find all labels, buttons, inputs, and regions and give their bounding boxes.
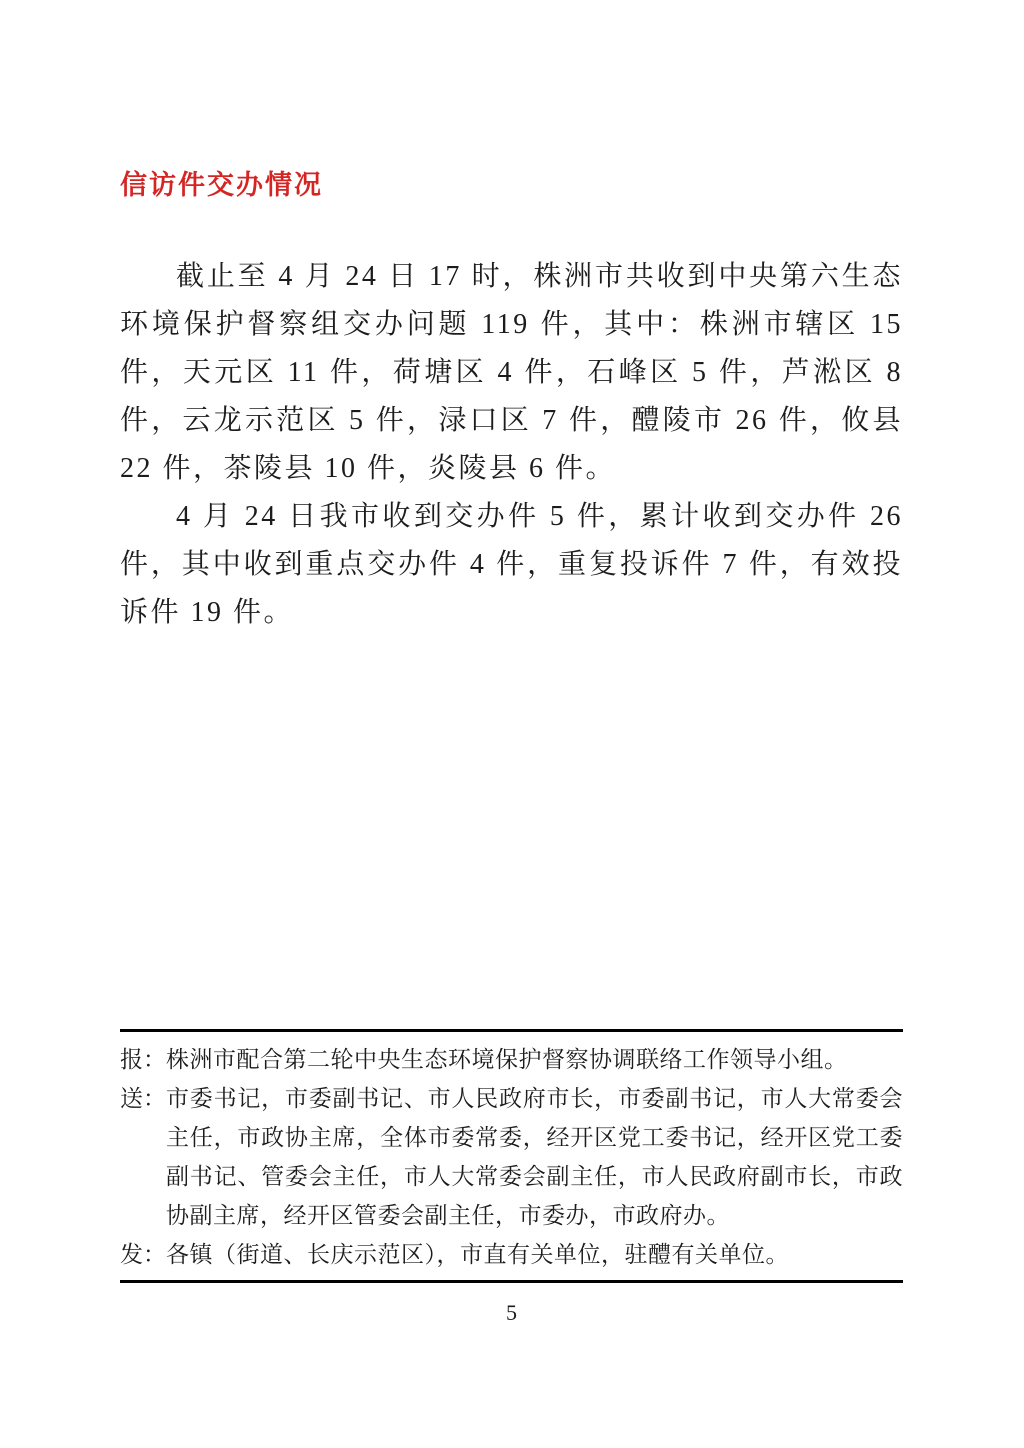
body-text-block: 截止至 4 月 24 日 17 时，株洲市共收到中央第六生态环境保护督察组交办问… (120, 253, 903, 637)
distribution-list: 报： 株洲市配合第二轮中央生态环境保护督察协调联络工作领导小组。 送： 市委书记… (120, 1032, 903, 1280)
body-paragraph: 截止至 4 月 24 日 17 时，株洲市共收到中央第六生态环境保护督察组交办问… (120, 253, 903, 493)
footer-bottom-rule (120, 1280, 903, 1283)
section-heading: 信访件交办情况 (120, 163, 323, 202)
distribution-row-send: 送： 市委书记，市委副书记、市人民政府市长，市委副书记，市人大常委会主任，市政协… (120, 1079, 903, 1235)
distribution-text: 各镇（街道、长庆示范区），市直有关单位，驻醴有关单位。 (166, 1235, 903, 1274)
distribution-text: 市委书记，市委副书记、市人民政府市长，市委副书记，市人大常委会主任，市政协主席，… (166, 1079, 903, 1235)
distribution-footer: 报： 株洲市配合第二轮中央生态环境保护督察协调联络工作领导小组。 送： 市委书记… (120, 1029, 903, 1283)
distribution-text: 株洲市配合第二轮中央生态环境保护督察协调联络工作领导小组。 (166, 1040, 903, 1079)
distribution-label: 发： (120, 1235, 166, 1274)
body-paragraph: 4 月 24 日我市收到交办件 5 件，累计收到交办件 26 件，其中收到重点交… (120, 493, 903, 637)
page-number: 5 (120, 1300, 903, 1326)
distribution-row-issue: 发： 各镇（街道、长庆示范区），市直有关单位，驻醴有关单位。 (120, 1235, 903, 1274)
distribution-label: 报： (120, 1040, 166, 1079)
distribution-row-report: 报： 株洲市配合第二轮中央生态环境保护督察协调联络工作领导小组。 (120, 1040, 903, 1079)
document-page: { "document": { "heading": "信访件交办情况", "p… (0, 0, 1024, 1448)
distribution-label: 送： (120, 1079, 166, 1118)
